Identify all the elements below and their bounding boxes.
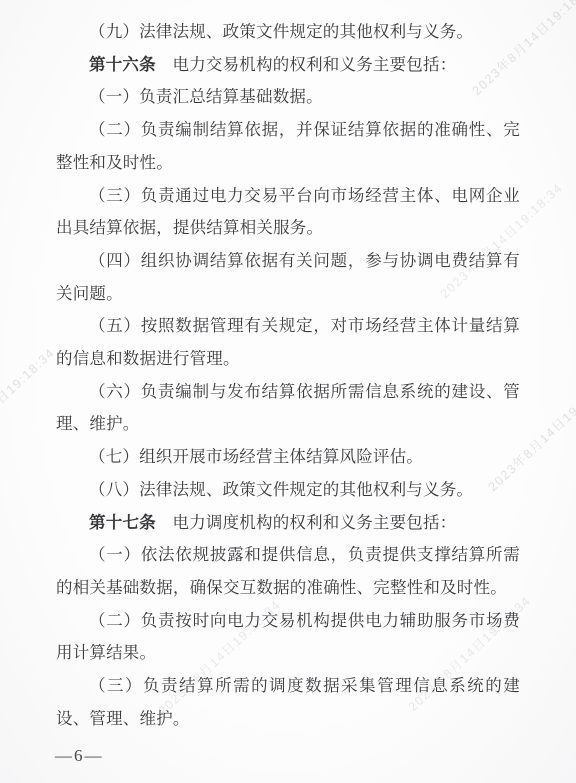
- page-number: —6—: [55, 746, 104, 766]
- document-body: （九）法律法规、政策文件规定的其他权利与义务。 第十六条 电力交易机构的权利和义…: [56, 16, 520, 735]
- article-heading-text: 电力调度机构的权利和义务主要包括：: [156, 513, 457, 532]
- clause-paragraph: （六）负责编制与发布结算依据所需信息系统的建设、管理、维护。: [56, 376, 520, 441]
- clause-paragraph: （二）负责编制结算依据，并保证结算依据的准确性、完整性和及时性。: [56, 114, 520, 179]
- clause-paragraph: （八）法律法规、政策文件规定的其他权利与义务。: [56, 474, 520, 507]
- article-number: 第十七条: [89, 513, 156, 532]
- document-page: 2023年8月14日19:18:34 2023年8月14日19:18:34 20…: [0, 0, 576, 783]
- article-heading-text: 电力交易机构的权利和义务主要包括：: [156, 55, 457, 74]
- article-number: 第十六条: [89, 55, 156, 74]
- clause-paragraph: （三）负责通过电力交易平台向市场经营主体、电网企业出具结算依据，提供结算相关服务…: [56, 180, 520, 245]
- clause-paragraph: （三）负责结算所需的调度数据采集管理信息系统的建设、管理、维护。: [56, 670, 520, 735]
- clause-paragraph: （五）按照数据管理有关规定，对市场经营主体计量结算的信息和数据进行管理。: [56, 310, 520, 375]
- clause-paragraph: （九）法律法规、政策文件规定的其他权利与义务。: [56, 16, 520, 49]
- article-heading: 第十七条 电力调度机构的权利和义务主要包括：: [56, 507, 520, 540]
- clause-paragraph: （七）组织开展市场经营主体结算风险评估。: [56, 441, 520, 474]
- clause-paragraph: （一）负责汇总结算基础数据。: [56, 81, 520, 114]
- timestamp-watermark: 2023年8月14日19:18:34: [0, 343, 58, 467]
- clause-paragraph: （一）依法依规披露和提供信息，负责提供支撑结算所需的相关基础数据，确保交互数据的…: [56, 539, 520, 604]
- article-heading: 第十六条 电力交易机构的权利和义务主要包括：: [56, 49, 520, 82]
- clause-paragraph: （四）组织协调结算依据有关问题，参与协调电费结算有关问题。: [56, 245, 520, 310]
- clause-paragraph: （二）负责按时向电力交易机构提供电力辅助服务市场费用计算结果。: [56, 605, 520, 670]
